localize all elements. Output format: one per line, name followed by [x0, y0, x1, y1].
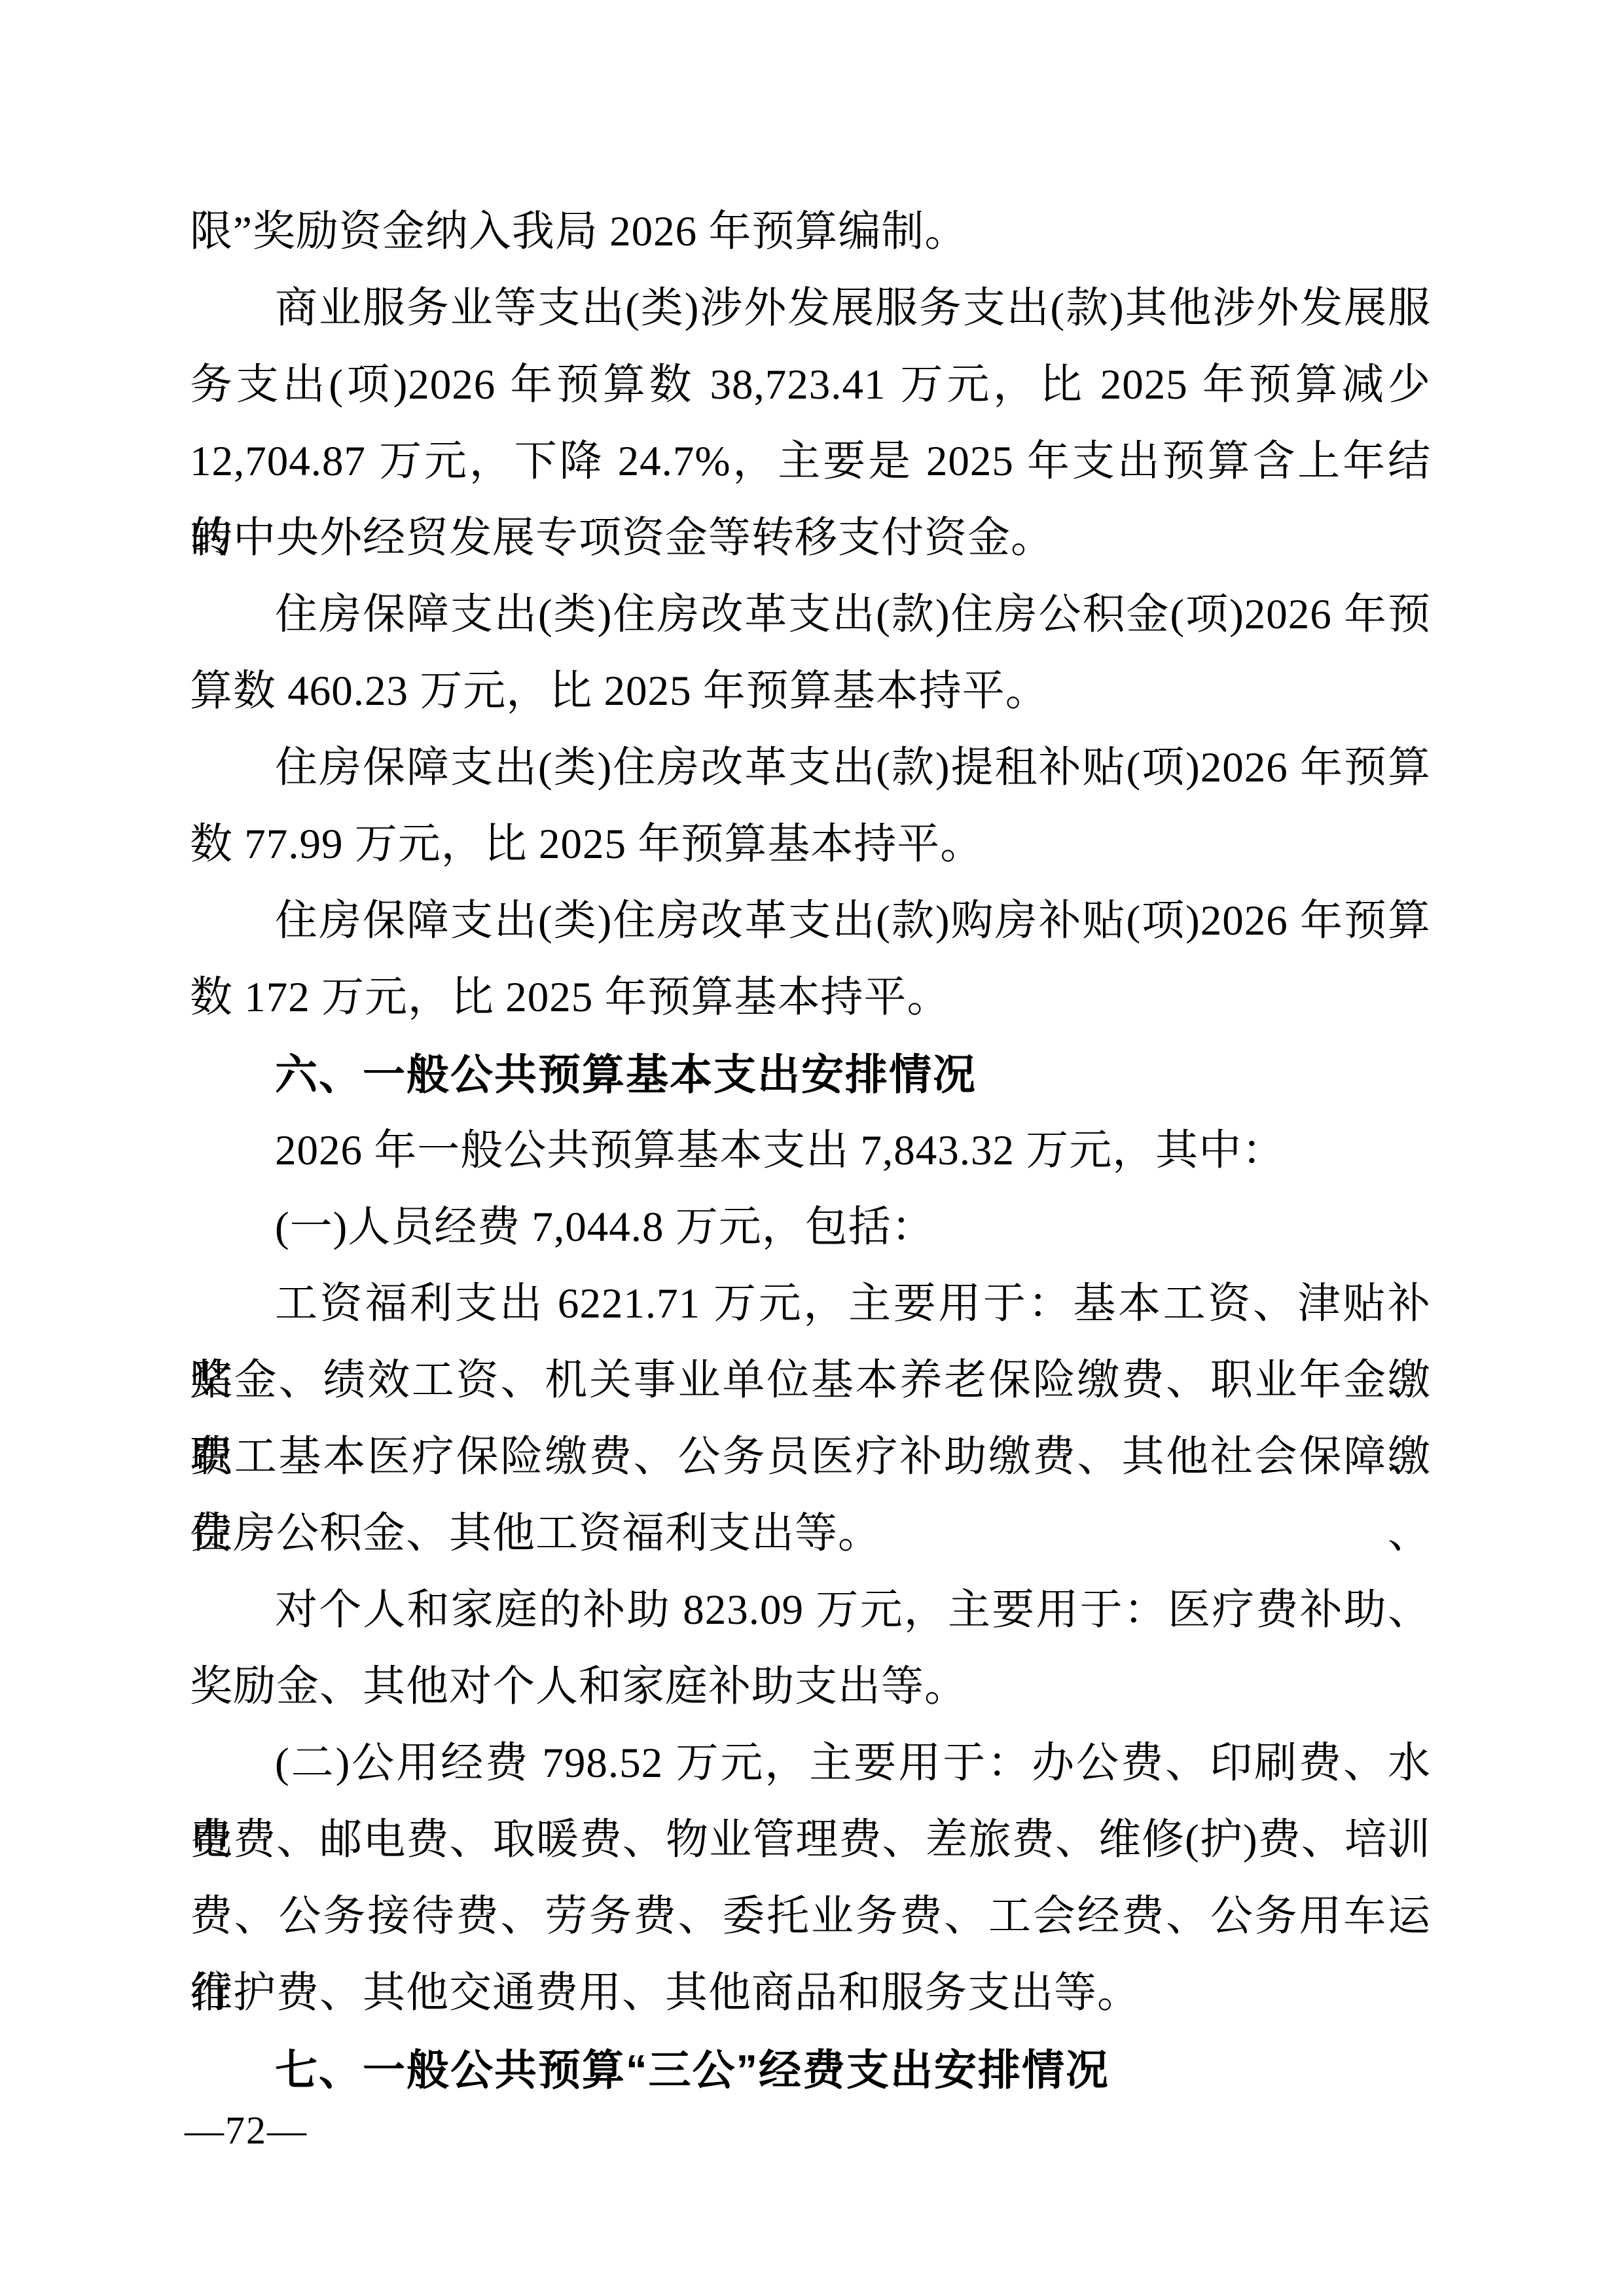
body-line: 12,704.87 万元，下降 24.7%，主要是 2025 年支出预算含上年结… — [190, 423, 1431, 500]
text-block: 限”奖励资金纳入我局 2026 年预算编制。 商业服务业等支出(类)涉外发展服务… — [190, 194, 1431, 2108]
document-sheet: 限”奖励资金纳入我局 2026 年预算编制。 商业服务业等支出(类)涉外发展服务… — [0, 0, 1624, 2296]
body-line: 对个人和家庭的补助 823.09 万元，主要用于：医疗费补助、 — [190, 1572, 1431, 1649]
body-line: (二)公用经费 798.52 万元，主要用于：办公费、印刷费、水费、 — [190, 1725, 1431, 1802]
body-line: 数 77.99 万元，比 2025 年预算基本持平。 — [190, 806, 1431, 883]
body-line: 商业服务业等支出(类)涉外发展服务支出(款)其他涉外发展服 — [190, 270, 1431, 347]
body-line: 限”奖励资金纳入我局 2026 年预算编制。 — [190, 194, 1431, 270]
body-line: 奖励金、其他对个人和家庭补助支出等。 — [190, 1649, 1431, 1725]
body-line: 奖金、绩效工资、机关事业单位基本养老保险缴费、职业年金缴费、 — [190, 1342, 1431, 1419]
body-line: (一)人员经费 7,044.8 万元，包括： — [190, 1189, 1431, 1266]
page-number: —72— — [185, 2101, 308, 2160]
body-line: 电费、邮电费、取暖费、物业管理费、差旅费、维修(护)费、培训 — [190, 1802, 1431, 1878]
body-line: 2026 年一般公共预算基本支出 7,843.32 万元，其中： — [190, 1113, 1431, 1189]
body-line: 住房保障支出(类)住房改革支出(款)住房公积金(项)2026 年预 — [190, 577, 1431, 653]
heading-section-6: 六、一般公共预算基本支出安排情况 — [190, 1036, 1431, 1113]
heading-section-7: 七、一般公共预算“三公”经费支出安排情况 — [190, 2032, 1431, 2108]
body-line: 务支出(项)2026 年预算数 38,723.41 万元，比 2025 年预算减… — [190, 347, 1431, 423]
body-line: 费、公务接待费、劳务费、委托业务费、工会经费、公务用车运行 — [190, 1878, 1431, 1955]
body-line: 算数 460.23 万元，比 2025 年预算基本持平。 — [190, 653, 1431, 730]
body-line: 维护费、其他交通费用、其他商品和服务支出等。 — [190, 1955, 1431, 2032]
body-line: 住房保障支出(类)住房改革支出(款)提租补贴(项)2026 年预算 — [190, 730, 1431, 806]
body-line: 数 172 万元，比 2025 年预算基本持平。 — [190, 960, 1431, 1036]
body-line: 的中央外经贸发展专项资金等转移支付资金。 — [190, 500, 1431, 577]
body-line: 职工基本医疗保险缴费、公务员医疗补助缴费、其他社会保障缴费、 — [190, 1419, 1431, 1496]
body-line: 住房保障支出(类)住房改革支出(款)购房补贴(项)2026 年预算 — [190, 883, 1431, 960]
body-line: 工资福利支出 6221.71 万元，主要用于：基本工资、津贴补贴、 — [190, 1266, 1431, 1342]
